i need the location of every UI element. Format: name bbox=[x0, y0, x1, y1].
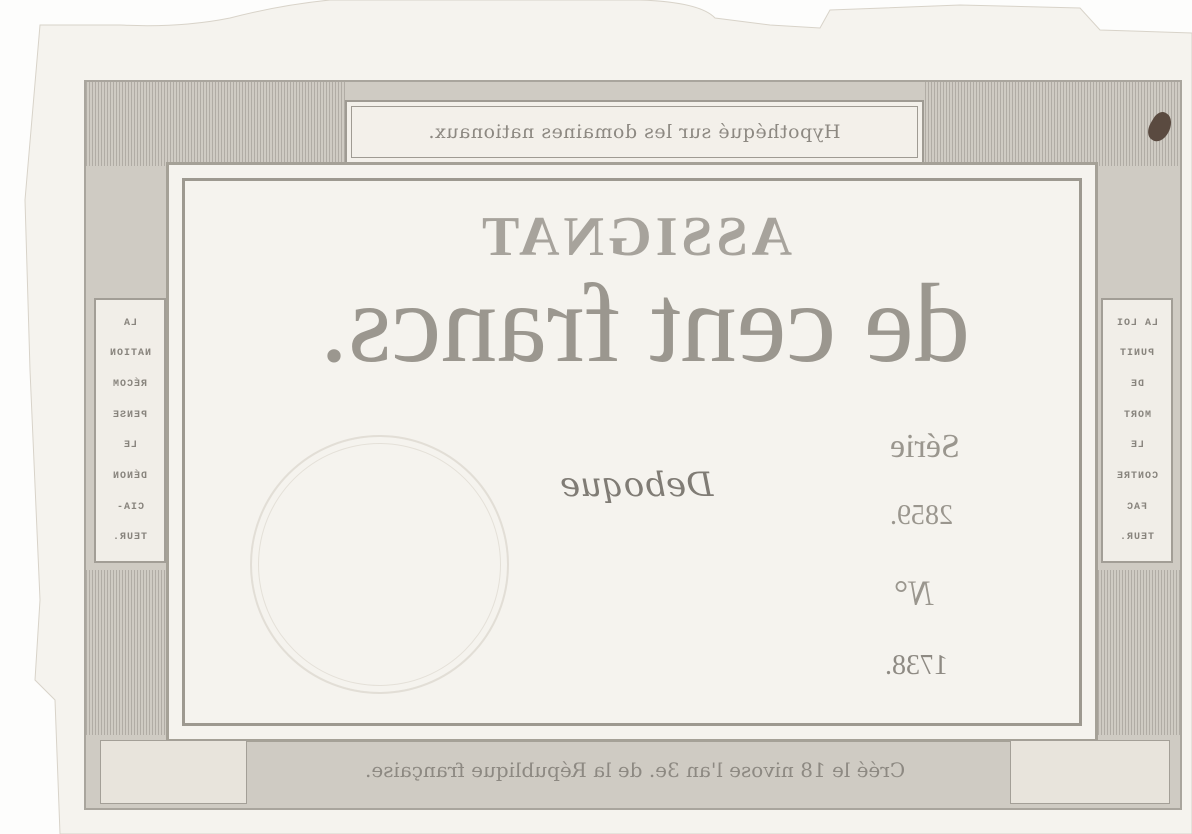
top-left-vignette bbox=[86, 82, 346, 166]
bottom-right-column-base bbox=[1095, 570, 1181, 735]
denomination: de cent francs. bbox=[215, 268, 1075, 380]
bottom-right-vignette bbox=[1010, 740, 1170, 804]
bottom-inscription-cartouche: Créé le 18 nivose l'an 3e. de la Républi… bbox=[245, 745, 1025, 795]
embossed-seal bbox=[250, 435, 509, 694]
number-label: N° bbox=[895, 572, 933, 614]
serie-label: Série bbox=[890, 428, 960, 466]
title: ASSIGNAT bbox=[415, 205, 855, 269]
serie-number: 2859. bbox=[890, 500, 953, 532]
top-inscription-cartouche: Hypothéqué sur les domaines nationaux. bbox=[345, 100, 924, 164]
top-right-vignette bbox=[925, 82, 1180, 166]
bottom-left-vignette bbox=[100, 740, 247, 804]
signature: Deboque bbox=[560, 465, 713, 505]
banknote-scan: Hypothéqué sur les domaines nationaux. A… bbox=[0, 0, 1192, 834]
left-column-inscription: LA NATION RÉCOM PENSE LE DÉNON CIA- TEUR… bbox=[96, 300, 164, 561]
serial-number: 1738. bbox=[885, 650, 948, 682]
top-inscription: Hypothéqué sur les domaines nationaux. bbox=[428, 121, 841, 143]
right-column-inscription: LA LOI PUNIT DE MORT LE CONTRE FAC TEUR. bbox=[1103, 300, 1171, 561]
bottom-left-column-base bbox=[86, 570, 172, 735]
bottom-inscription: Créé le 18 nivose l'an 3e. de la Républi… bbox=[365, 758, 905, 782]
